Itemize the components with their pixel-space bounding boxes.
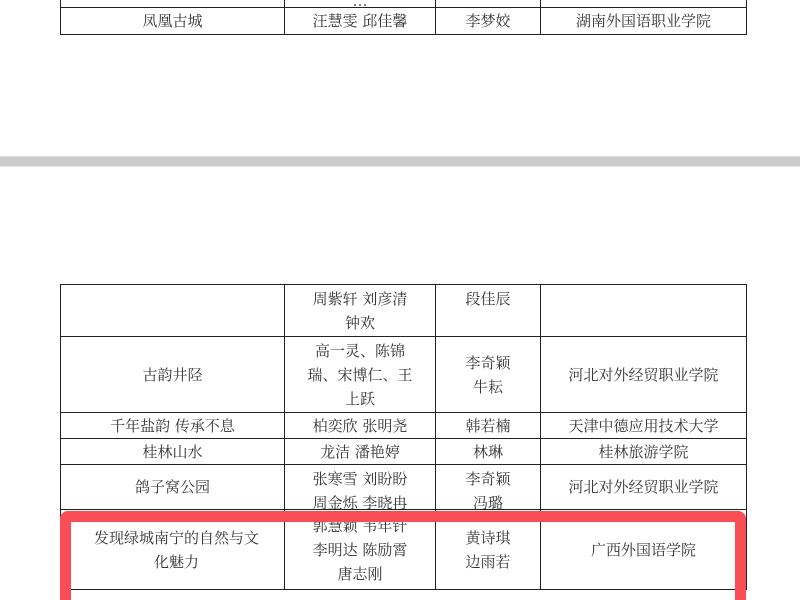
table-row: 凤凰古城 汪慧雯 邱佳馨 李梦姣 湖南外国语职业学院 — [61, 8, 747, 35]
cell-advisor: 韩若楠 — [436, 413, 541, 439]
table-row: 桂林山水 龙洁 潘艳婷 林琳 桂林旅游学院 — [61, 439, 747, 465]
cell-advisor: 黄诗琪 边雨若 — [436, 510, 541, 590]
cell-project: 鸽子窝公园 — [61, 465, 285, 510]
cell-school: 河北对外经贸职业学院 — [541, 337, 747, 413]
cell-advisor: 段佳辰 — [436, 285, 541, 337]
cell-school: 桂林旅游学院 — [541, 439, 747, 465]
cell-school: 天津中德应用技术大学 — [541, 413, 747, 439]
cell-members: 柏奕欣 张明尧 — [285, 413, 436, 439]
cell-members: … — [285, 0, 436, 8]
cell-school: 湖南外国语职业学院 — [541, 8, 747, 35]
page-divider — [0, 156, 800, 167]
cell-members: 郭慧颖 韦年针 李明达 陈励霄 唐志刚 — [285, 510, 436, 590]
cell-school — [541, 0, 747, 8]
cell-project: 千年盐韵 传承不息 — [61, 413, 285, 439]
table-row: 周紫轩 刘彦清 钟欢 段佳辰 — [61, 285, 747, 337]
table-row: 鸽子窝公园 张寒雪 刘盼盼 周金烁 李晓冉 李奇颖 冯璐 河北对外经贸职业学院 — [61, 465, 747, 510]
award-table-bottom: 周紫轩 刘彦清 钟欢 段佳辰 古韵井陉 高一灵、陈锦 瑞、宋博仁、王 上跃 李奇… — [60, 284, 747, 590]
cell-project — [61, 285, 285, 337]
cell-advisor: 林琳 — [436, 439, 541, 465]
cell-project — [61, 0, 285, 8]
cell-advisor: 李梦姣 — [436, 8, 541, 35]
cell-members: 张寒雪 刘盼盼 周金烁 李晓冉 — [285, 465, 436, 510]
cell-project: 发现绿城南宁的自然与文 化魅力 — [61, 510, 285, 590]
table-row: 古韵井陉 高一灵、陈锦 瑞、宋博仁、王 上跃 李奇颖 牛耘 河北对外经贸职业学院 — [61, 337, 747, 413]
cell-members: 龙洁 潘艳婷 — [285, 439, 436, 465]
cell-advisor — [436, 0, 541, 8]
cell-advisor: 李奇颖 冯璐 — [436, 465, 541, 510]
cell-advisor: 李奇颖 牛耘 — [436, 337, 541, 413]
document-page: … 凤凰古城 汪慧雯 邱佳馨 李梦姣 湖南外国语职业学院 周紫轩 刘彦清 钟欢 … — [0, 0, 800, 600]
award-table-top: … 凤凰古城 汪慧雯 邱佳馨 李梦姣 湖南外国语职业学院 — [60, 0, 747, 35]
cell-school: 河北对外经贸职业学院 — [541, 465, 747, 510]
cell-members: 高一灵、陈锦 瑞、宋博仁、王 上跃 — [285, 337, 436, 413]
cell-project: 凤凰古城 — [61, 8, 285, 35]
cell-school — [541, 285, 747, 337]
table-row: 千年盐韵 传承不息 柏奕欣 张明尧 韩若楠 天津中德应用技术大学 — [61, 413, 747, 439]
cell-members: 周紫轩 刘彦清 钟欢 — [285, 285, 436, 337]
table-row-partial: … — [61, 0, 747, 8]
cell-project: 古韵井陉 — [61, 337, 285, 413]
cell-school: 广西外国语学院 — [541, 510, 747, 590]
table-row-highlighted: 发现绿城南宁的自然与文 化魅力 郭慧颖 韦年针 李明达 陈励霄 唐志刚 黄诗琪 … — [61, 510, 747, 590]
cell-members: 汪慧雯 邱佳馨 — [285, 8, 436, 35]
cell-project: 桂林山水 — [61, 439, 285, 465]
